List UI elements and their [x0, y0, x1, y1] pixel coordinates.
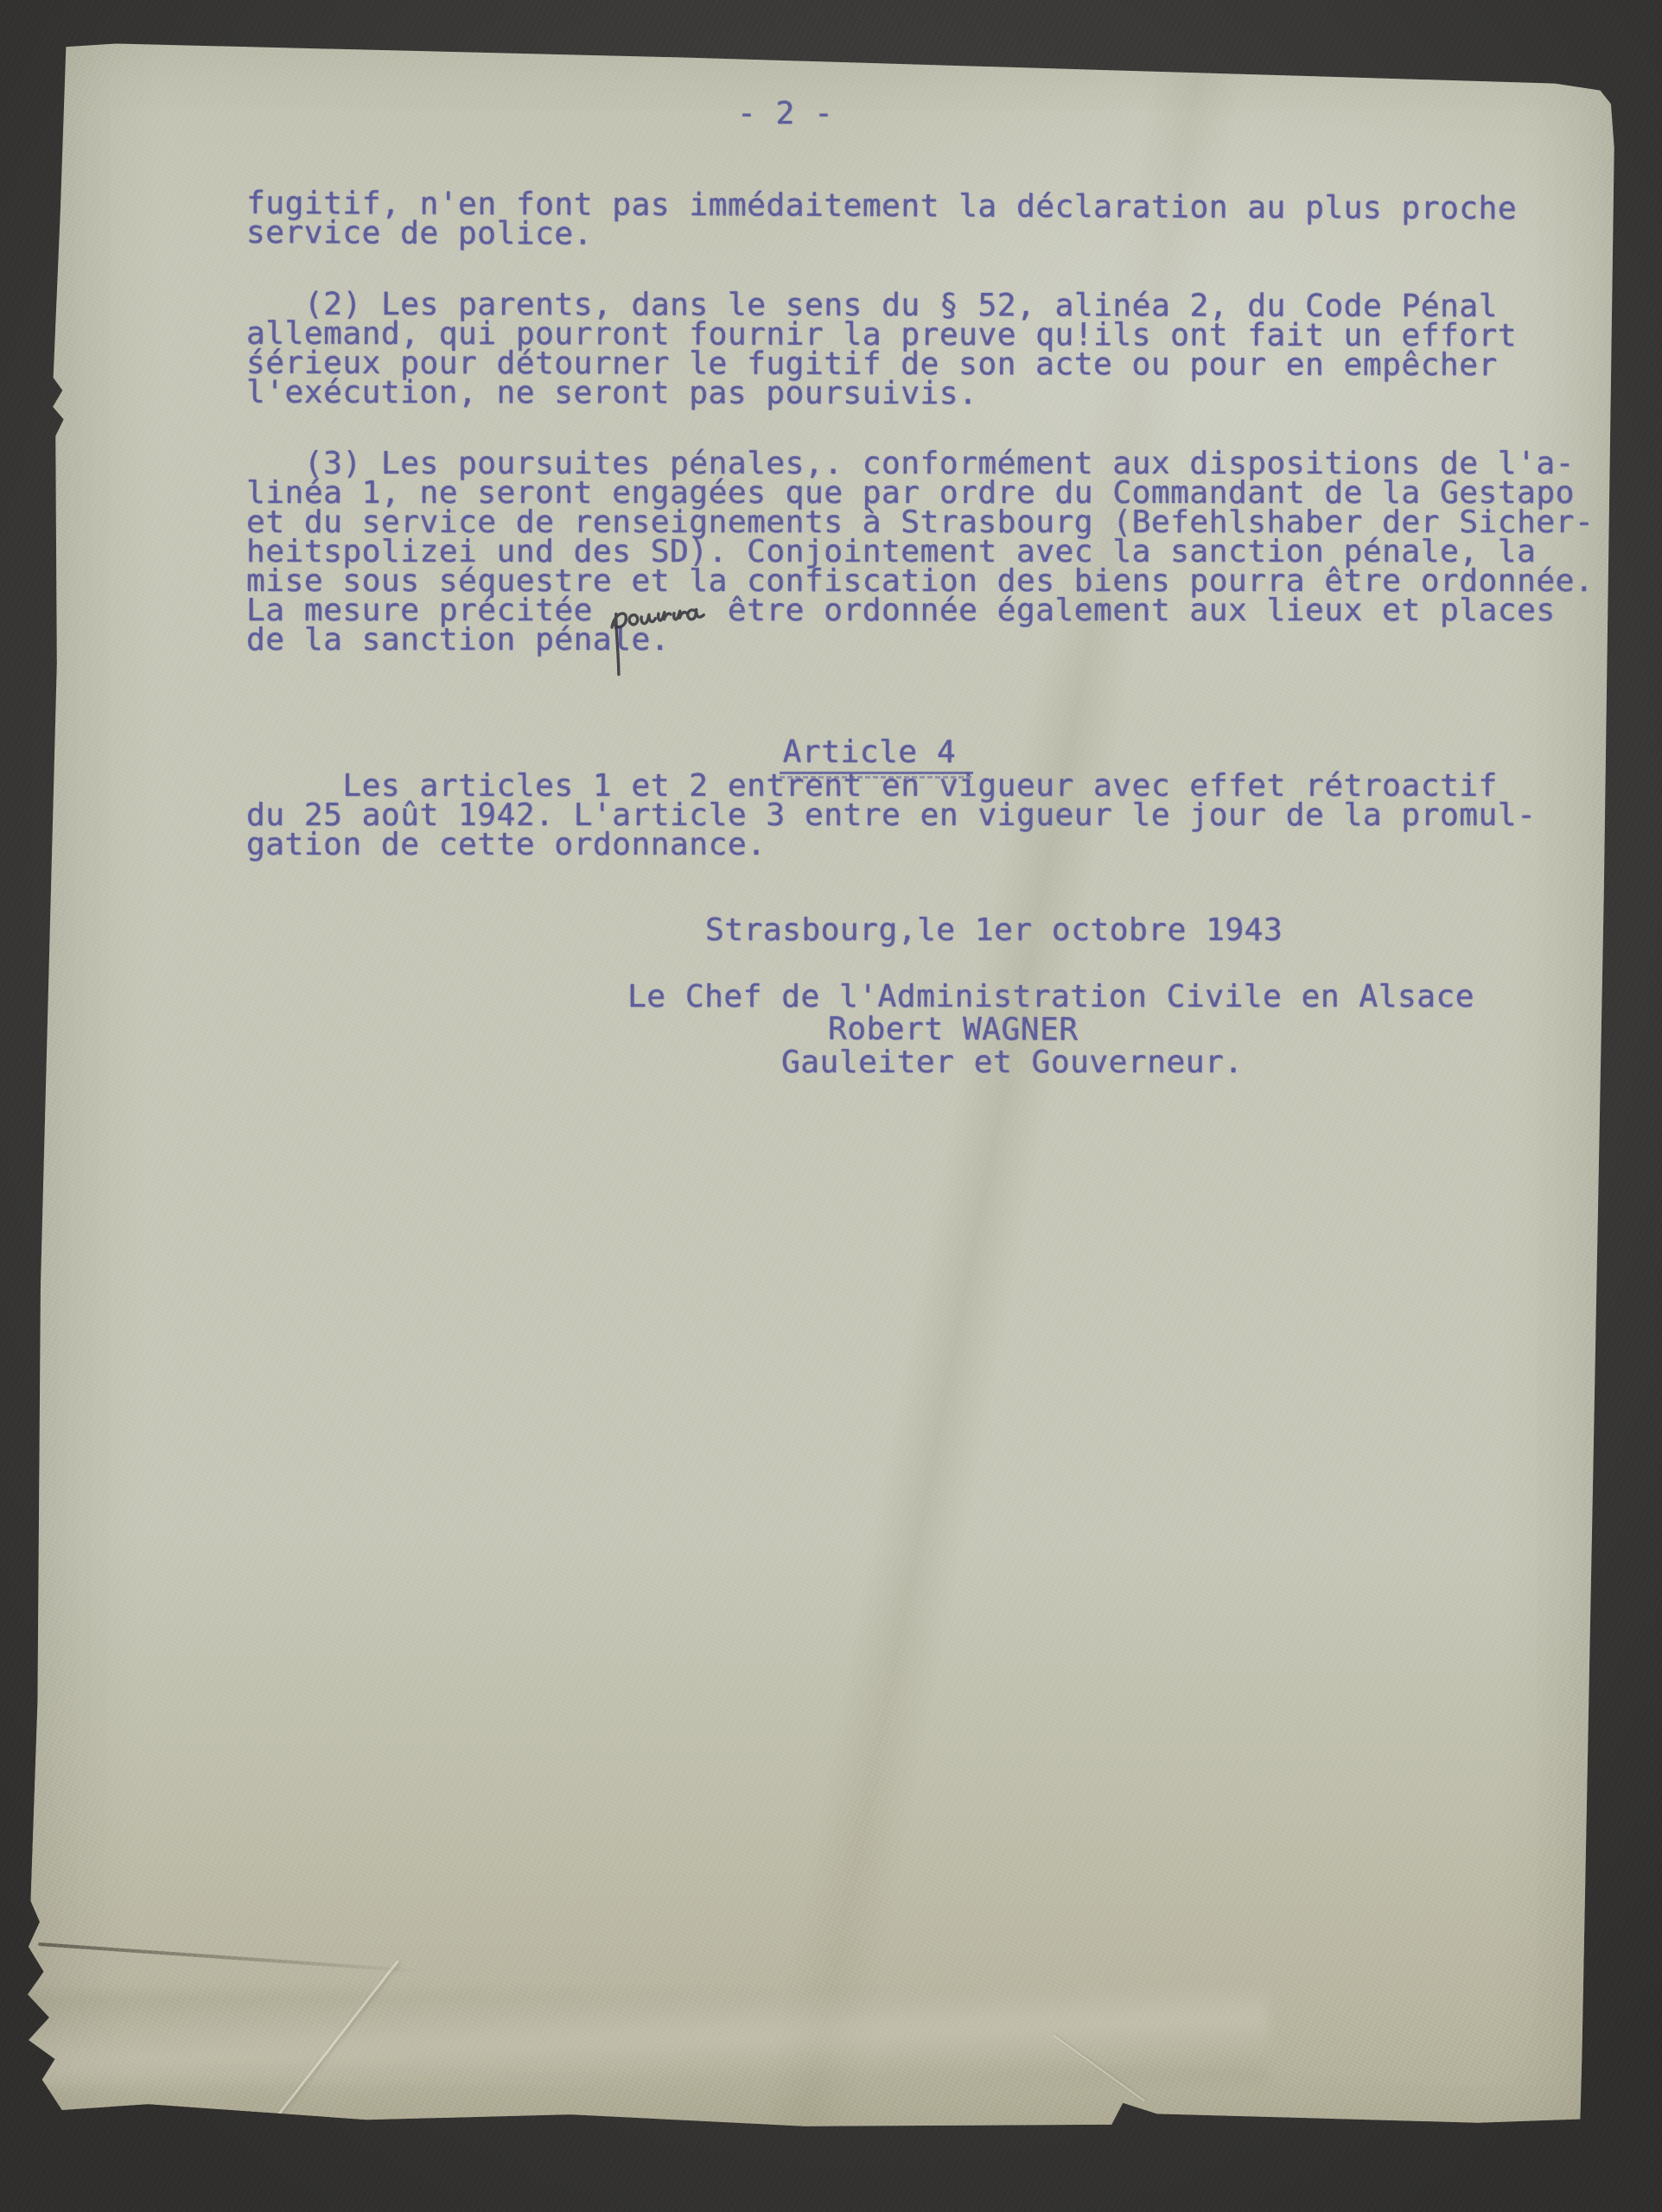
handwriting-scribble-icon: [602, 588, 723, 680]
typewritten-text-layer: - 2 - fugitif, n'en font pas immédaiteme…: [0, 0, 1662, 2212]
photo-backdrop: - 2 - fugitif, n'en font pas immédaiteme…: [0, 0, 1662, 2212]
handwritten-insertion: [602, 588, 723, 680]
signature-title: Le Chef de l'Administration Civile en Al…: [627, 982, 1474, 1012]
signatory-role: Gauleiter et Gouverneur.: [781, 1048, 1244, 1077]
paragraph-continuation: fugitif, n'en font pas immédaitement la …: [246, 189, 1517, 253]
paragraph-2: (2) Les parents, dans le sens du § 52, a…: [246, 290, 1517, 410]
article-4-body: Les articles 1 et 2 entrent en vigueur a…: [246, 772, 1536, 860]
paragraph-3: (3) Les poursuites pénales,. conformémen…: [246, 449, 1594, 655]
signatory-name: Robert WAGNER: [828, 1014, 1079, 1045]
dateline: Strasbourg,le 1er octobre 1943: [705, 916, 1283, 945]
page-number: - 2 -: [737, 99, 833, 129]
